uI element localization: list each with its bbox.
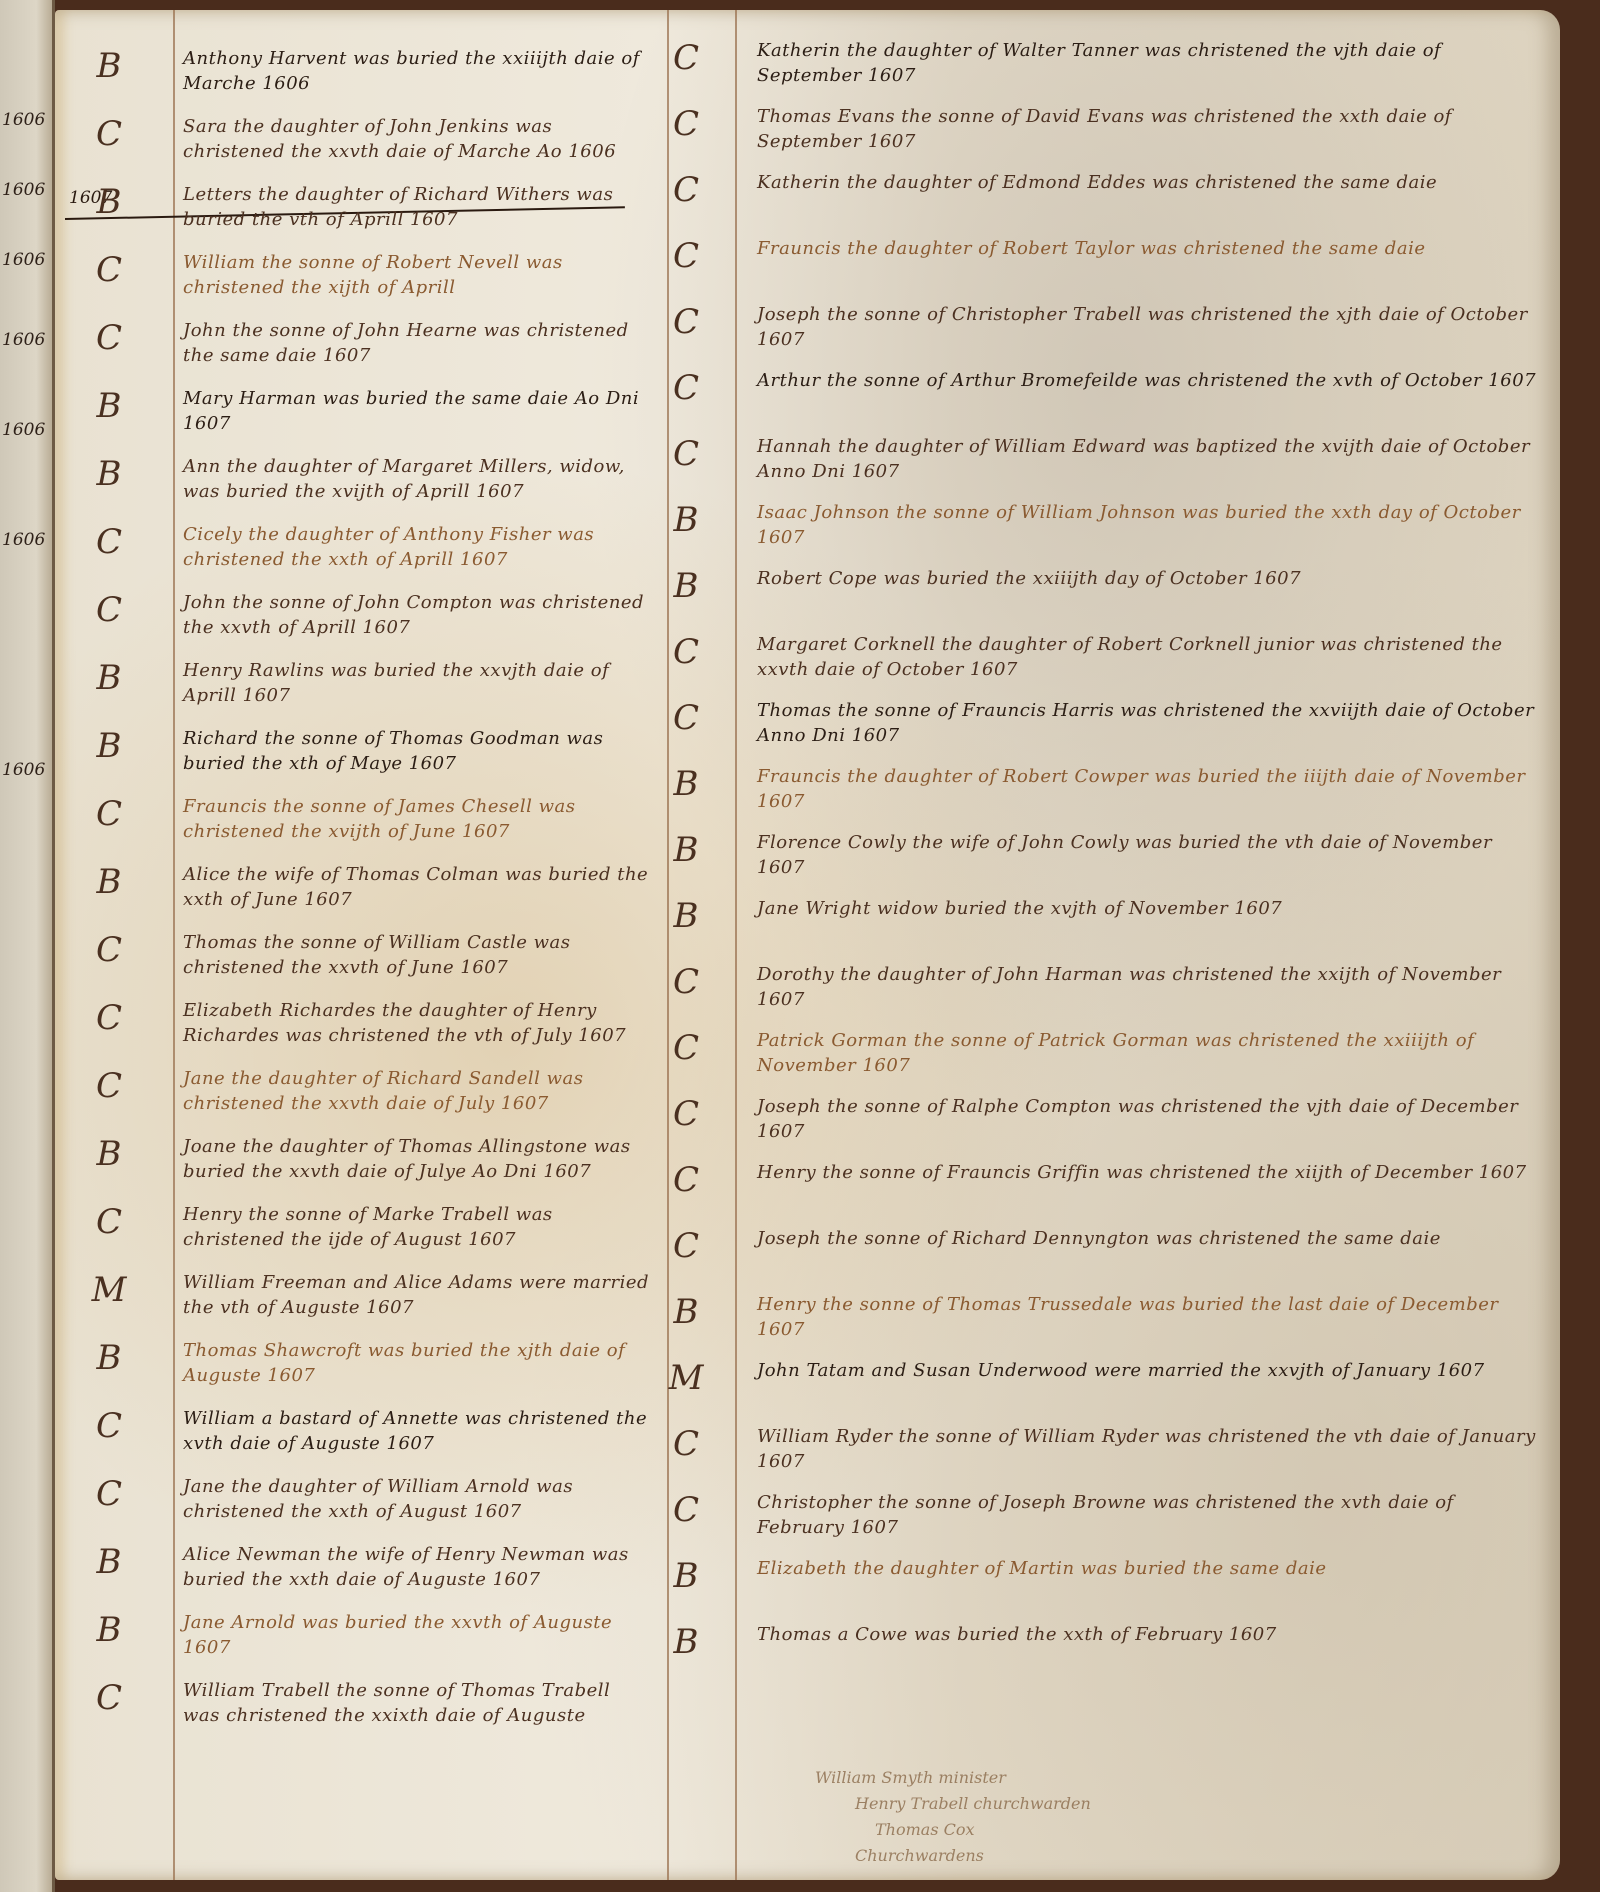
entry-text: Henry the sonne of Frauncis Griffin was … (757, 1160, 1537, 1185)
entry-type-mark: B (662, 1292, 710, 1332)
entry-text: Hannah the daughter of William Edward wa… (757, 434, 1537, 484)
entry-type-mark: B (662, 1556, 710, 1596)
entry-type-mark: C (662, 104, 710, 144)
entry-text: William Trabell the sonne of Thomas Trab… (183, 1678, 653, 1728)
signature: Thomas Cox (815, 1817, 1091, 1843)
entry-text: Joseph the sonne of Richard Dennyngton w… (757, 1226, 1537, 1251)
entry-text: Ann the daughter of Margaret Millers, wi… (183, 454, 653, 504)
entry-text: Joane the daughter of Thomas Allingstone… (183, 1134, 653, 1184)
entry-type-mark: B (85, 1134, 133, 1174)
entry-text: Thomas Shawcroft was buried the xjth dai… (183, 1338, 653, 1388)
entry-type-mark: B (85, 658, 133, 698)
entry-text: Dorothy the daughter of John Harman was … (757, 962, 1537, 1012)
entry-text: Jane the daughter of Richard Sandell was… (183, 1066, 653, 1116)
entry-type-mark: C (662, 434, 710, 474)
entry-text: Frauncis the daughter of Robert Cowper w… (757, 764, 1537, 814)
entry-text: Frauncis the sonne of James Chesell was … (183, 794, 653, 844)
left-page-year: 1606 (2, 530, 45, 550)
signature: Henry Trabell churchwarden (815, 1791, 1091, 1817)
entry-text: Alice the wife of Thomas Colman was buri… (183, 862, 653, 912)
entry-type-mark: C (662, 1424, 710, 1464)
entry-type-mark: C (662, 1490, 710, 1530)
entry-type-mark: C (85, 114, 133, 154)
signature: William Smyth minister (815, 1765, 1091, 1791)
entry-type-mark: B (662, 830, 710, 870)
entry-type-mark: B (85, 726, 133, 766)
adjacent-page-edge: 1606 1606 1606 1606 1606 1606 1606 (0, 0, 55, 1892)
entry-text: Jane Wright widow buried the xvjth of No… (757, 896, 1537, 921)
entry-type-mark: M (85, 1270, 133, 1310)
entry-type-mark: B (662, 500, 710, 540)
entry-type-mark: C (662, 1094, 710, 1134)
entry-type-mark: C (85, 1474, 133, 1514)
signatures: William Smyth minister Henry Trabell chu… (815, 1765, 1091, 1869)
entry-type-mark: B (662, 1622, 710, 1662)
entry-text: Joseph the sonne of Christopher Trabell … (757, 302, 1537, 352)
entry-text: Henry the sonne of Marke Trabell was chr… (183, 1202, 653, 1252)
entry-type-mark: C (85, 930, 133, 970)
entry-type-mark: B (85, 386, 133, 426)
left-page-year: 1606 (2, 250, 45, 270)
entry-type-mark: B (85, 182, 133, 222)
entry-type-mark: C (662, 1160, 710, 1200)
entry-type-mark: C (85, 250, 133, 290)
entry-text: John the sonne of John Hearne was christ… (183, 318, 653, 368)
entry-text: Henry the sonne of Thomas Trussedale was… (757, 1292, 1537, 1342)
entry-type-mark: C (85, 998, 133, 1038)
entry-text: Thomas the sonne of Frauncis Harris was … (757, 698, 1537, 748)
entry-type-mark: B (662, 764, 710, 804)
entry-text: Sara the daughter of John Jenkins was ch… (183, 114, 653, 164)
entry-text: Robert Cope was buried the xxiiijth day … (757, 566, 1537, 591)
column-rule (667, 10, 669, 1880)
entry-type-mark: B (662, 896, 710, 936)
entry-type-mark: C (85, 590, 133, 630)
entry-type-mark: B (85, 862, 133, 902)
entry-text: Patrick Gorman the sonne of Patrick Gorm… (757, 1028, 1537, 1078)
entry-type-mark: C (662, 632, 710, 672)
entry-text: William the sonne of Robert Nevell was c… (183, 250, 653, 300)
entry-type-mark: B (85, 46, 133, 86)
entry-text: Cicely the daughter of Anthony Fisher wa… (183, 522, 653, 572)
entry-type-mark: C (85, 318, 133, 358)
entry-text: Mary Harman was buried the same daie Ao … (183, 386, 653, 436)
entry-text: Florence Cowly the wife of John Cowly wa… (757, 830, 1537, 880)
entry-text: Elizabeth the daughter of Martin was bur… (757, 1556, 1537, 1581)
margin-rule-right (735, 10, 737, 1880)
entry-type-mark: B (662, 566, 710, 606)
entry-type-mark: B (85, 1338, 133, 1378)
entry-text: Richard the sonne of Thomas Goodman was … (183, 726, 653, 776)
entry-type-mark: C (662, 368, 710, 408)
entry-text: Katherin the daughter of Edmond Eddes wa… (757, 170, 1537, 195)
entry-text: Henry Rawlins was buried the xxvjth daie… (183, 658, 653, 708)
entry-text: Jane the daughter of William Arnold was … (183, 1474, 653, 1524)
entry-text: John the sonne of John Compton was chris… (183, 590, 653, 640)
entry-type-mark: C (662, 1028, 710, 1068)
entry-type-mark: C (662, 698, 710, 738)
entry-type-mark: C (662, 302, 710, 342)
entry-text: William Ryder the sonne of William Ryder… (757, 1424, 1537, 1474)
entry-text: Alice Newman the wife of Henry Newman wa… (183, 1542, 653, 1592)
entry-text: Thomas a Cowe was buried the xxth of Feb… (757, 1622, 1537, 1647)
entry-type-mark: C (662, 236, 710, 276)
entry-type-mark: M (662, 1358, 710, 1398)
entry-type-mark: C (85, 522, 133, 562)
entry-type-mark: C (85, 1406, 133, 1446)
entry-text: Joseph the sonne of Ralphe Compton was c… (757, 1094, 1537, 1144)
left-page-year: 1606 (2, 330, 45, 350)
entry-text: Christopher the sonne of Joseph Browne w… (757, 1490, 1537, 1540)
entry-text: William a bastard of Annette was christe… (183, 1406, 653, 1456)
entry-text: Letters the daughter of Richard Withers … (183, 182, 653, 232)
entry-text: John Tatam and Susan Underwood were marr… (757, 1358, 1537, 1383)
entry-type-mark: C (662, 170, 710, 210)
entry-type-mark: C (85, 794, 133, 834)
entry-text: Margaret Corknell the daughter of Robert… (757, 632, 1537, 682)
left-page-year: 1606 (2, 760, 45, 780)
signature: Churchwardens (815, 1843, 1091, 1869)
entry-type-mark: B (85, 454, 133, 494)
left-page-year: 1606 (2, 180, 45, 200)
entry-type-mark: B (85, 1610, 133, 1650)
entry-text: Isaac Johnson the sonne of William Johns… (757, 500, 1537, 550)
entry-text: Thomas Evans the sonne of David Evans wa… (757, 104, 1537, 154)
entry-text: Katherin the daughter of Walter Tanner w… (757, 38, 1537, 88)
entry-text: Anthony Harvent was buried the xxiiijth … (183, 46, 653, 96)
entry-text: Thomas the sonne of William Castle was c… (183, 930, 653, 980)
entry-type-mark: B (85, 1542, 133, 1582)
entry-text: William Freeman and Alice Adams were mar… (183, 1270, 653, 1320)
entry-type-mark: C (662, 38, 710, 78)
left-page-year: 1606 (2, 110, 45, 130)
entry-type-mark: C (85, 1066, 133, 1106)
entry-type-mark: C (85, 1678, 133, 1718)
left-page-year: 1606 (2, 420, 45, 440)
margin-rule-left (173, 10, 175, 1880)
entry-type-mark: C (662, 1226, 710, 1266)
entry-text: Arthur the sonne of Arthur Bromefeilde w… (757, 368, 1537, 393)
entry-text: Frauncis the daughter of Robert Taylor w… (757, 236, 1537, 261)
entry-text: Jane Arnold was buried the xxvth of Augu… (183, 1610, 653, 1660)
entry-type-mark: C (662, 962, 710, 1002)
entry-type-mark: C (85, 1202, 133, 1242)
entry-text: Elizabeth Richardes the daughter of Henr… (183, 998, 653, 1048)
register-page: 1607 BAnthony Harvent was buried the xxi… (55, 10, 1560, 1880)
